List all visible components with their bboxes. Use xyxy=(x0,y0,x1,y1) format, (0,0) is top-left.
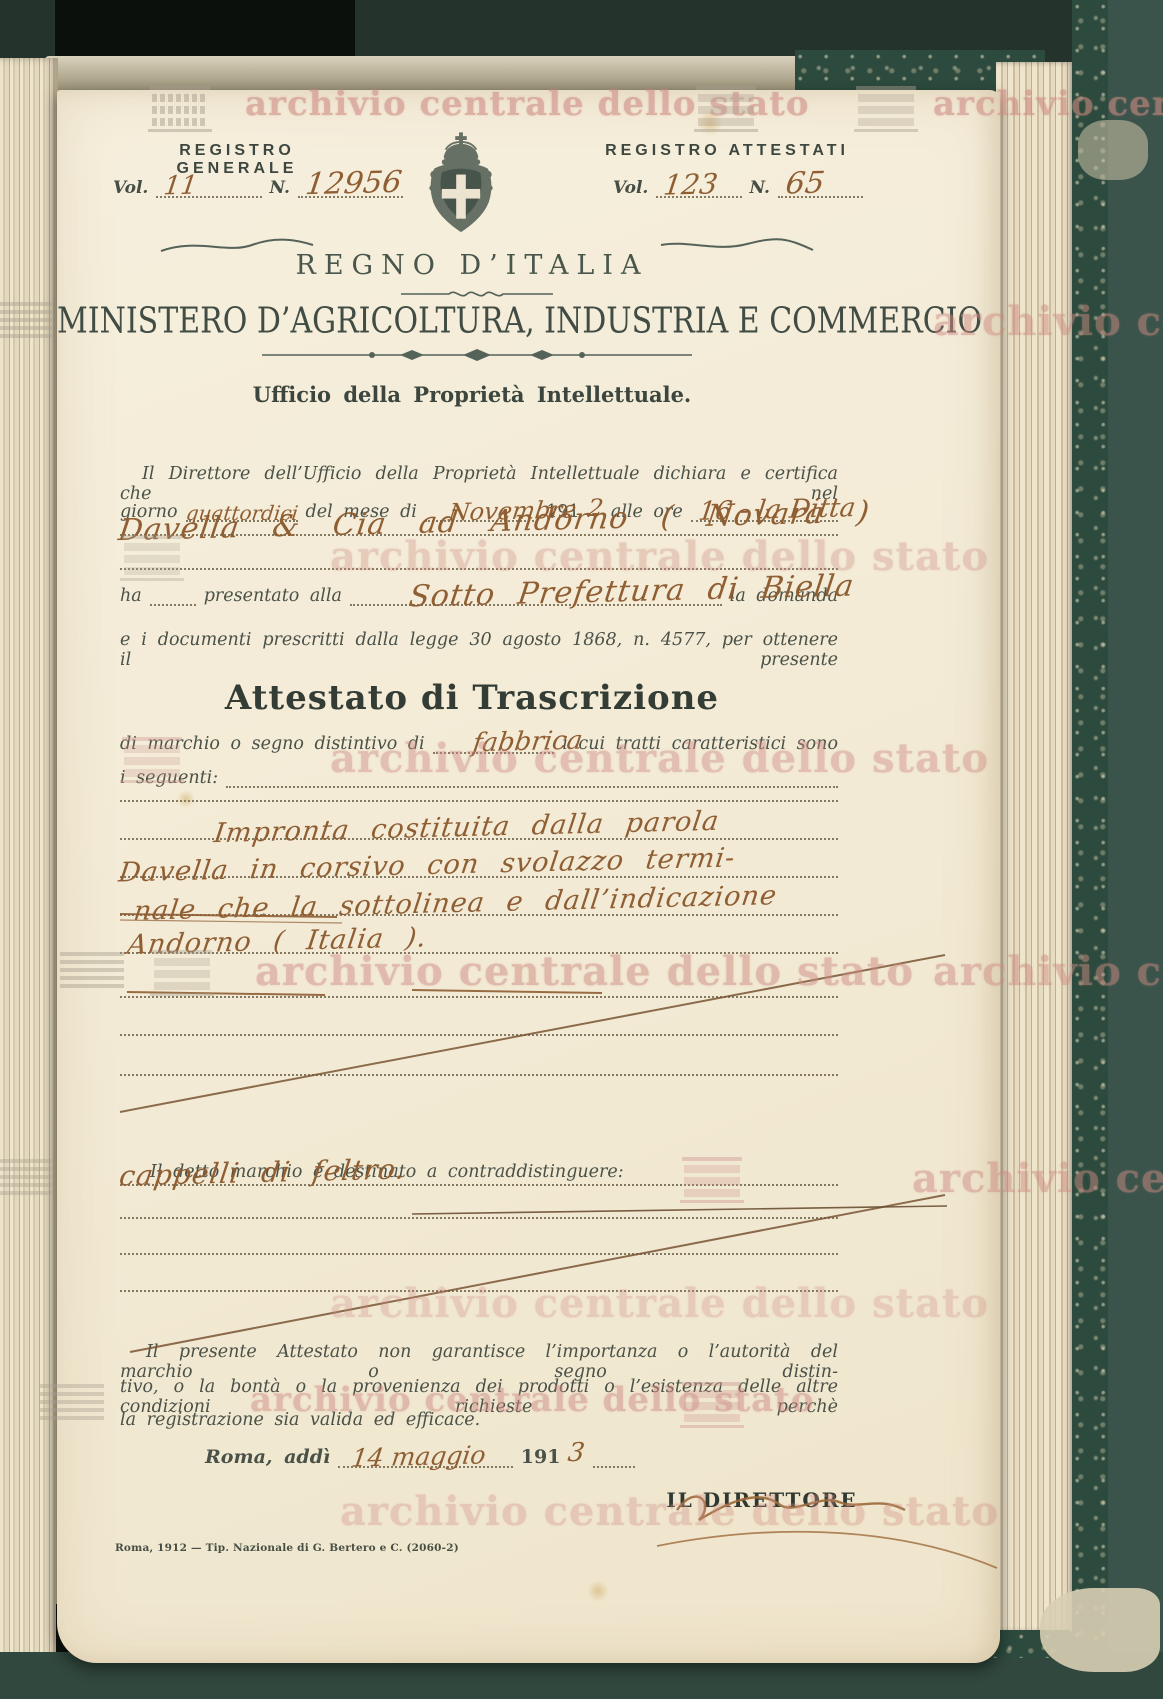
watermark-text: archivio centrale dello stato xyxy=(255,948,914,995)
worn-corner-top-right xyxy=(1078,120,1148,180)
watermark-building-icon xyxy=(148,86,212,132)
watermark-text-fragment: archivio centrale dello stato xyxy=(933,298,1163,345)
watermark-building-icon xyxy=(150,950,214,996)
book-cover-right xyxy=(1108,0,1163,1699)
watermark-text-fragment: archivio centrale dello stato xyxy=(933,84,1163,124)
watermark-building-icon xyxy=(680,1157,744,1203)
watermark-text-fragment: archivio centrale dello stato xyxy=(933,948,1163,995)
watermark-text: archivio centrale dello stato xyxy=(330,533,989,580)
watermark-building-icon xyxy=(40,1382,104,1428)
ink-strokes-overlay xyxy=(57,90,1000,1663)
certificate-page: REGISTRO GENERALE REGISTRO ATTESTATI Vol… xyxy=(57,90,1000,1663)
watermark-text-fragment: archivio centrale dello stato xyxy=(912,1155,1163,1202)
watermark-text: archivio centrale dello stato xyxy=(340,1488,999,1535)
watermark-building-icon xyxy=(0,1157,52,1203)
watermark-building-icon xyxy=(60,950,124,996)
watermark-building-icon xyxy=(854,86,918,132)
marbled-cover-right xyxy=(1072,0,1112,1699)
watermark-text: archivio centrale dello stato xyxy=(330,1280,989,1327)
watermark-building-icon xyxy=(694,86,758,132)
binding-shadow xyxy=(55,0,355,64)
watermark-text: archivio centrale dello stato xyxy=(330,735,989,782)
watermark-building-icon xyxy=(120,535,184,581)
watermark-building-icon xyxy=(0,300,52,346)
watermark-building-icon xyxy=(120,737,184,783)
archival-document-scan: REGISTRO GENERALE REGISTRO ATTESTATI Vol… xyxy=(0,0,1163,1699)
watermark-building-icon xyxy=(680,1382,744,1428)
worn-corner-bottom-right xyxy=(1040,1588,1160,1672)
